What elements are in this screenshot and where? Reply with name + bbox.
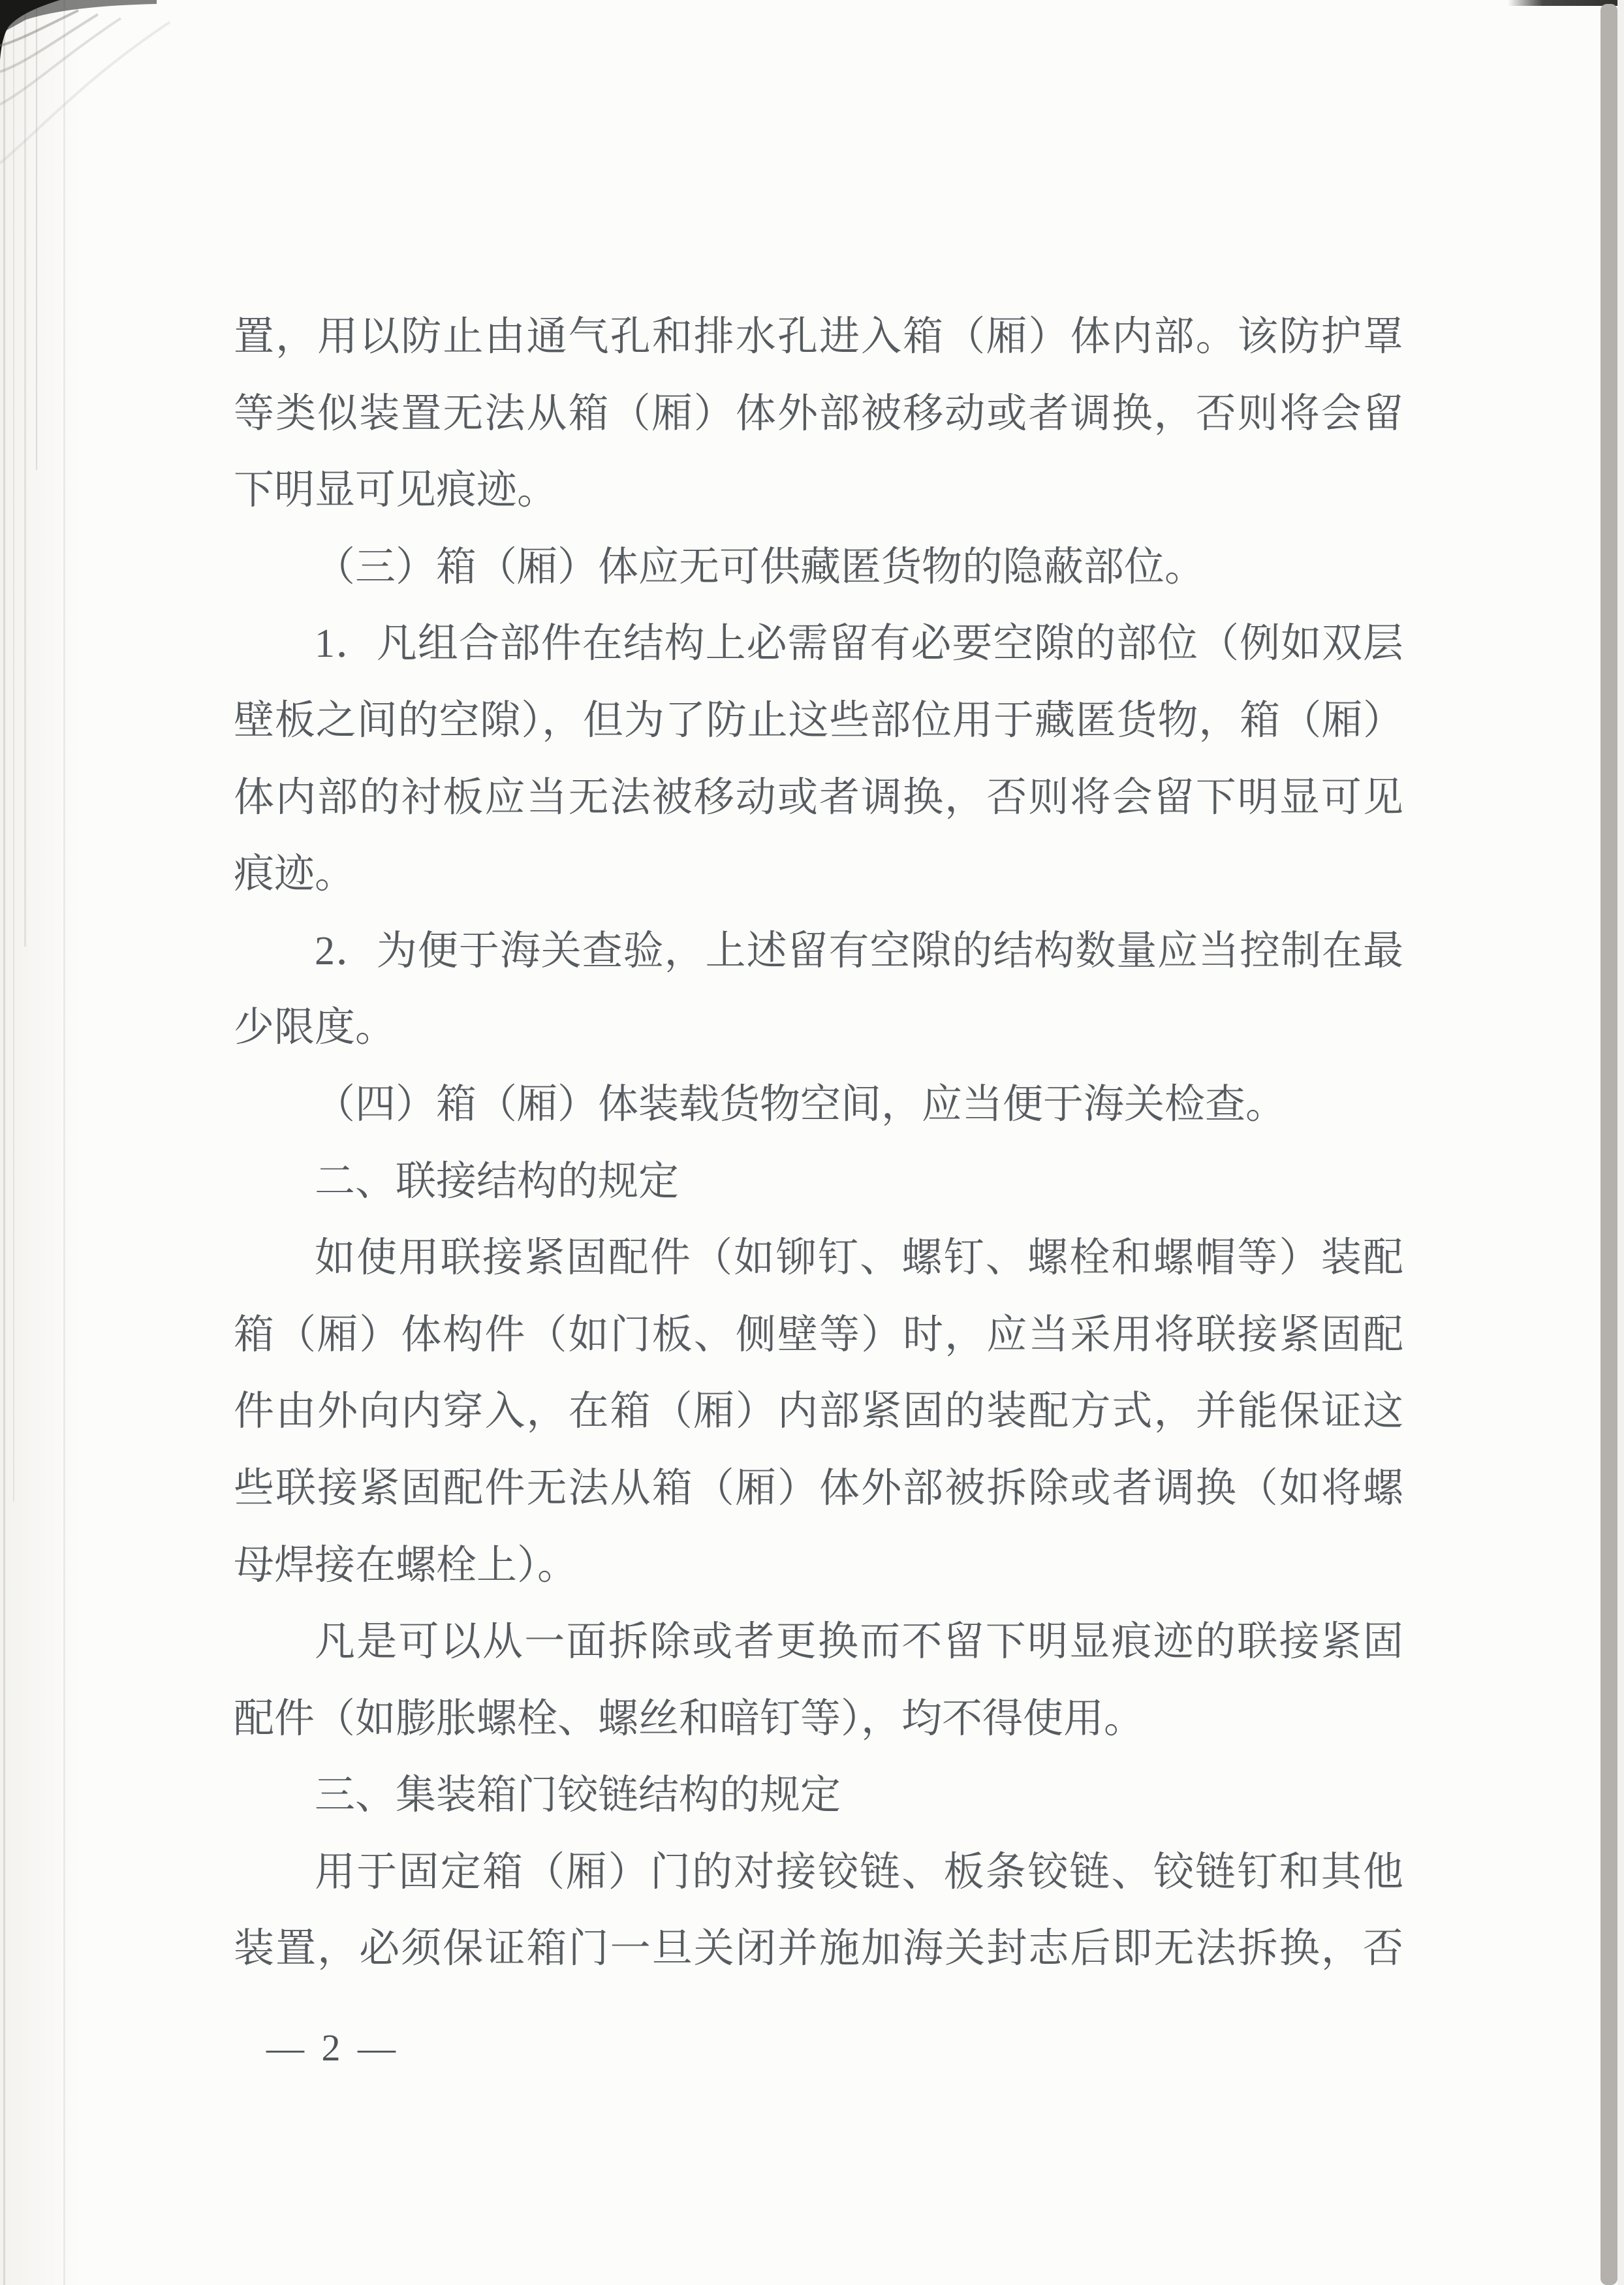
document-page: 置，用以防止由通气孔和排水孔进入箱（厢）体内部。该防护罩等类似装置无法从箱（厢）…: [0, 0, 1624, 2285]
text-line: 壁板之间的空隙），但为了防止这些部位用于藏匿货物，箱（厢）: [234, 683, 1403, 760]
document-text-block: 置，用以防止由通气孔和排水孔进入箱（厢）体内部。该防护罩等类似装置无法从箱（厢）…: [234, 299, 1403, 1988]
text-line: 配件（如膨胀螺栓、螺丝和暗钉等），均不得使用。: [234, 1681, 1403, 1758]
page-right-edge-shadow: [1601, 4, 1617, 2285]
page-right-edge-highlight: [1617, 0, 1624, 2285]
text-line: 二、联接结构的规定: [234, 1144, 1403, 1221]
text-line: 1．凡组合部件在结构上必需留有必要空隙的部位（例如双层: [234, 606, 1403, 683]
text-line: 下明显可见痕迹。: [234, 452, 1403, 529]
page-number: — 2 —: [266, 2025, 399, 2071]
text-line: 体内部的衬板应当无法被移动或者调换，否则将会留下明显可见: [234, 760, 1403, 837]
text-line: 等类似装置无法从箱（厢）体外部被移动或者调换，否则将会留: [234, 376, 1403, 453]
text-line: 少限度。: [234, 990, 1403, 1067]
text-line: （三）箱（厢）体应无可供藏匿货物的隐蔽部位。: [234, 529, 1403, 607]
text-line: 用于固定箱（厢）门的对接铰链、板条铰链、铰链钉和其他: [234, 1835, 1403, 1912]
text-line: 些联接紧固配件无法从箱（厢）体外部被拆除或者调换（如将螺: [234, 1451, 1403, 1528]
text-line: 如使用联接紧固配件（如铆钉、螺钉、螺栓和螺帽等）装配: [234, 1220, 1403, 1297]
text-line: 装置，必须保证箱门一旦关闭并施加海关封志后即无法拆换，否: [234, 1911, 1403, 1988]
text-line: 箱（厢）体构件（如门板、侧壁等）时，应当采用将联接紧固配: [234, 1297, 1403, 1374]
page-stack-edge-line: [63, 0, 65, 2285]
text-line: （四）箱（厢）体装载货物空间，应当便于海关检查。: [234, 1067, 1403, 1144]
text-line: 三、集装箱门铰链结构的规定: [234, 1757, 1403, 1835]
text-line: 2．为便于海关查验，上述留有空隙的结构数量应当控制在最: [234, 913, 1403, 990]
scan-corner-artifact: [0, 0, 209, 274]
text-line: 母焊接在螺栓上）。: [234, 1528, 1403, 1605]
text-line: 置，用以防止由通气孔和排水孔进入箱（厢）体内部。该防护罩: [234, 299, 1403, 376]
text-line: 凡是可以从一面拆除或者更换而不留下明显痕迹的联接紧固: [234, 1604, 1403, 1681]
text-line: 痕迹。: [234, 836, 1403, 913]
text-line: 件由外向内穿入，在箱（厢）内部紧固的装配方式，并能保证这: [234, 1374, 1403, 1451]
page-stack-edge-line: [3, 0, 5, 2285]
